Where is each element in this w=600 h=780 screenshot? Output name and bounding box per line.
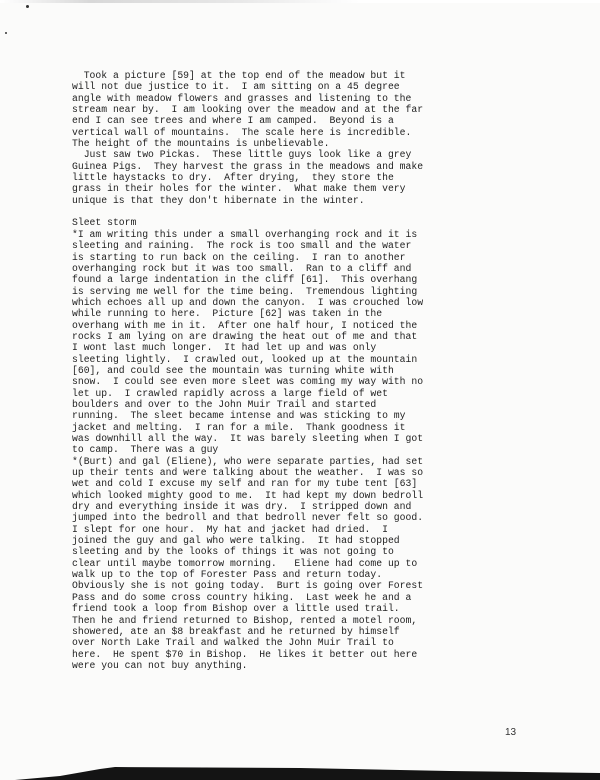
text-line: [60], and could see the mountain was tur… xyxy=(72,365,423,376)
text-line: Guinea Pigs. They harvest the grass in t… xyxy=(72,161,423,172)
text-line: walk up to the top of Forester Pass and … xyxy=(72,569,423,580)
text-line: were you can not buy anything. xyxy=(72,660,423,671)
text-line: Sleet storm xyxy=(72,217,423,228)
text-line: let up. I crawled rapidly across a large… xyxy=(72,388,423,399)
text-line: was downhill all the way. It was barely … xyxy=(72,433,423,444)
text-line: is starting to run back on the ceiling. … xyxy=(72,252,423,263)
page-top-edge xyxy=(0,0,600,3)
text-line: I slept for one hour. My hat and jacket … xyxy=(72,524,423,535)
text-line xyxy=(72,206,423,217)
text-line: end I can see trees and where I am campe… xyxy=(72,115,423,126)
text-line: up their tents and were talking about th… xyxy=(72,467,423,478)
text-line: sleeting and raining. The rock is too sm… xyxy=(72,240,423,251)
text-line: vertical wall of mountains. The scale he… xyxy=(72,127,423,138)
text-line: showered, ate an $8 breakfast and he ret… xyxy=(72,626,423,637)
text-line: wet and cold I excuse my self and ran fo… xyxy=(72,478,423,489)
text-line: overhanging rock but it was too small. R… xyxy=(72,263,423,274)
text-line: jacket and melting. I ran for a mile. Th… xyxy=(72,422,423,433)
text-line: friend took a loop from Bishop over a li… xyxy=(72,603,423,614)
scan-bottom-shadow xyxy=(0,760,600,780)
text-line: unique is that they don't hibernate in t… xyxy=(72,195,423,206)
text-line: jumped into the bedroll and that bedroll… xyxy=(72,512,423,523)
text-line: is serving me well for the time being. T… xyxy=(72,286,423,297)
scan-speck xyxy=(5,32,7,34)
text-line: over North Lake Trail and walked the Joh… xyxy=(72,637,423,648)
text-line: stream near by. I am looking over the me… xyxy=(72,104,423,115)
text-line: I wont last much longer. It had let up a… xyxy=(72,342,423,353)
text-line: will not due justice to it. I am sitting… xyxy=(72,81,423,92)
text-line: sleeting lightly. I crawled out, looked … xyxy=(72,354,423,365)
scan-speck xyxy=(26,5,29,8)
text-line: while running to here. Picture [62] was … xyxy=(72,308,423,319)
text-line: dry and everything inside it was dry. I … xyxy=(72,501,423,512)
text-line: clear until maybe tomorrow morning. Elie… xyxy=(72,558,423,569)
text-line: running. The sleet became intense and wa… xyxy=(72,410,423,421)
text-line: sleeting and by the looks of things it w… xyxy=(72,546,423,557)
text-line: which echoes all up and down the canyon.… xyxy=(72,297,423,308)
text-line: joined the guy and gal who were talking.… xyxy=(72,535,423,546)
text-line: Took a picture [59] at the top end of th… xyxy=(72,70,423,81)
text-line: Pass and do some cross country hiking. L… xyxy=(72,592,423,603)
text-line: angle with meadow flowers and grasses an… xyxy=(72,93,423,104)
text-line: which looked mighty good to me. It had k… xyxy=(72,490,423,501)
journal-body-text: Took a picture [59] at the top end of th… xyxy=(72,70,423,671)
page-number: 13 xyxy=(505,727,516,738)
text-line: boulders and over to the John Muir Trail… xyxy=(72,399,423,410)
text-line: *(Burt) and gal (Eliene), who were separ… xyxy=(72,456,423,467)
text-line: to camp. There was a guy xyxy=(72,444,423,455)
text-line: grass in their holes for the winter. Wha… xyxy=(72,183,423,194)
text-line: overhang with me in it. After one half h… xyxy=(72,320,423,331)
text-line: little haystacks to dry. After drying, t… xyxy=(72,172,423,183)
text-line: Obviously she is not going today. Burt i… xyxy=(72,580,423,591)
text-line: Then he and friend returned to Bishop, r… xyxy=(72,615,423,626)
text-line: Just saw two Pickas. These little guys l… xyxy=(72,149,423,160)
text-line: The height of the mountains is unbelieva… xyxy=(72,138,423,149)
text-line: found a large indentation in the cliff [… xyxy=(72,274,423,285)
text-line: *I am writing this under a small overhan… xyxy=(72,229,423,240)
text-line: snow. I could see even more sleet was co… xyxy=(72,376,423,387)
text-line: here. He spent $70 in Bishop. He likes i… xyxy=(72,649,423,660)
text-line: rocks I am lying on are drawing the heat… xyxy=(72,331,423,342)
